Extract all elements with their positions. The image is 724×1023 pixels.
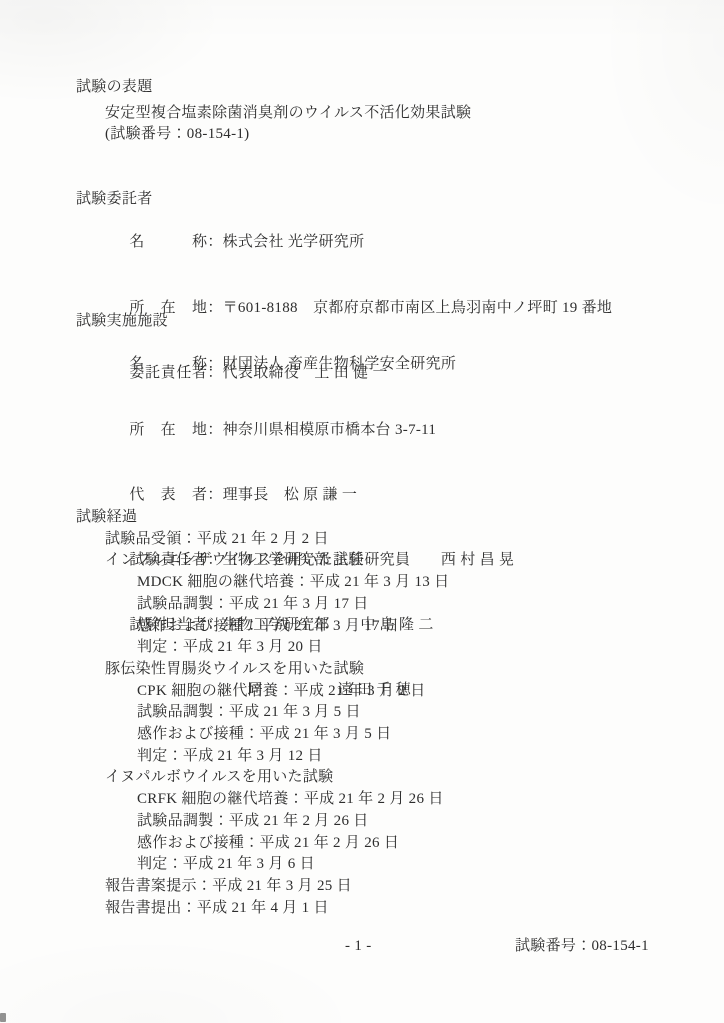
progress-line: 試験品受領：平成 21 年 2 月 2 日 [76,529,449,551]
row-value: 神奈川県相模原市橋本台 3-7-11 [223,422,437,438]
progress-line: 試験品調製：平成 21 年 2 月 26 日 [76,811,449,833]
progress-line: 試験品調製：平成 21 年 3 月 17 日 [76,594,449,616]
progress-line: CPK 細胞の継代培養：平成 21 年 3 月 2 日 [76,681,449,703]
progress-line: 試験品調製：平成 21 年 3 月 5 日 [76,702,449,724]
section-heading: 試験経過 [76,507,449,529]
label-colon: ： [207,354,222,376]
progress-line: 豚伝染性胃腸炎ウイルスを用いた試験 [76,659,449,681]
page-footer: - 1 - 試験番号：08-154-1 [0,936,724,958]
footer-test-number: 試験番号：08-154-1 [515,936,649,958]
progress-line: 感作および接種：平成 21 年 3 月 5 日 [76,724,449,746]
progress-line: 感作および接種：平成 21 年 3 月 17 日 [76,616,449,638]
row-value: 財団法人 畜産生物科学安全研究所 [223,356,457,372]
test-title: 安定型複合塩素除菌消臭剤のウイルス不活化効果試験 [76,103,471,125]
section-heading: 試験の表題 [76,77,471,99]
section-test-title: 試験の表題 安定型複合塩素除菌消臭剤のウイルス不活化効果試験 (試験番号：08-… [76,77,471,146]
progress-line: インフルエンザウイルスを用いた試験 [76,550,449,572]
label-colon: ： [207,420,222,442]
progress-line: 感作および接種：平成 21 年 2 月 26 日 [76,833,449,855]
row-label: 所在地 [129,420,207,442]
section-heading: 試験実施施設 [76,311,514,333]
page-number: - 1 - [345,936,372,958]
progress-line: 報告書提出：平成 21 年 4 月 1 日 [76,898,449,920]
row-label: 代表者 [129,485,207,507]
progress-line: CRFK 細胞の継代培養：平成 21 年 2 月 26 日 [76,789,449,811]
section-heading: 試験委託者 [76,189,612,211]
progress-line: 判定：平成 21 年 3 月 6 日 [76,854,449,876]
row-label: 名称 [129,354,207,376]
section-progress: 試験経過 試験品受領：平成 21 年 2 月 2 日 インフルエンザウイルスを用… [76,507,449,919]
row-value: 理事長 松 原 謙 一 [223,487,358,503]
scan-artifact [0,1013,6,1022]
row-label: 名称 [129,232,207,254]
test-number-line: (試験番号：08-154-1) [76,124,471,146]
label-colon: ： [207,232,222,254]
facility-row-name: 名称：財団法人 畜産生物科学安全研究所 [76,333,514,398]
row-value: 株式会社 光学研究所 [223,234,365,250]
label-colon: ： [207,485,222,507]
facility-row-address: 所在地：神奈川県相模原市橋本台 3-7-11 [76,398,514,463]
progress-line: 判定：平成 21 年 3 月 20 日 [76,637,449,659]
progress-line: 報告書案提示：平成 21 年 3 月 25 日 [76,876,449,898]
progress-line: MDCK 細胞の継代培養：平成 21 年 3 月 13 日 [76,572,449,594]
document-page: 試験の表題 安定型複合塩素除菌消臭剤のウイルス不活化効果試験 (試験番号：08-… [0,0,724,1023]
progress-line: イヌパルボウイルスを用いた試験 [76,767,449,789]
client-row-name: 名称：株式会社 光学研究所 [76,211,612,276]
progress-line: 判定：平成 21 年 3 月 12 日 [76,746,449,768]
